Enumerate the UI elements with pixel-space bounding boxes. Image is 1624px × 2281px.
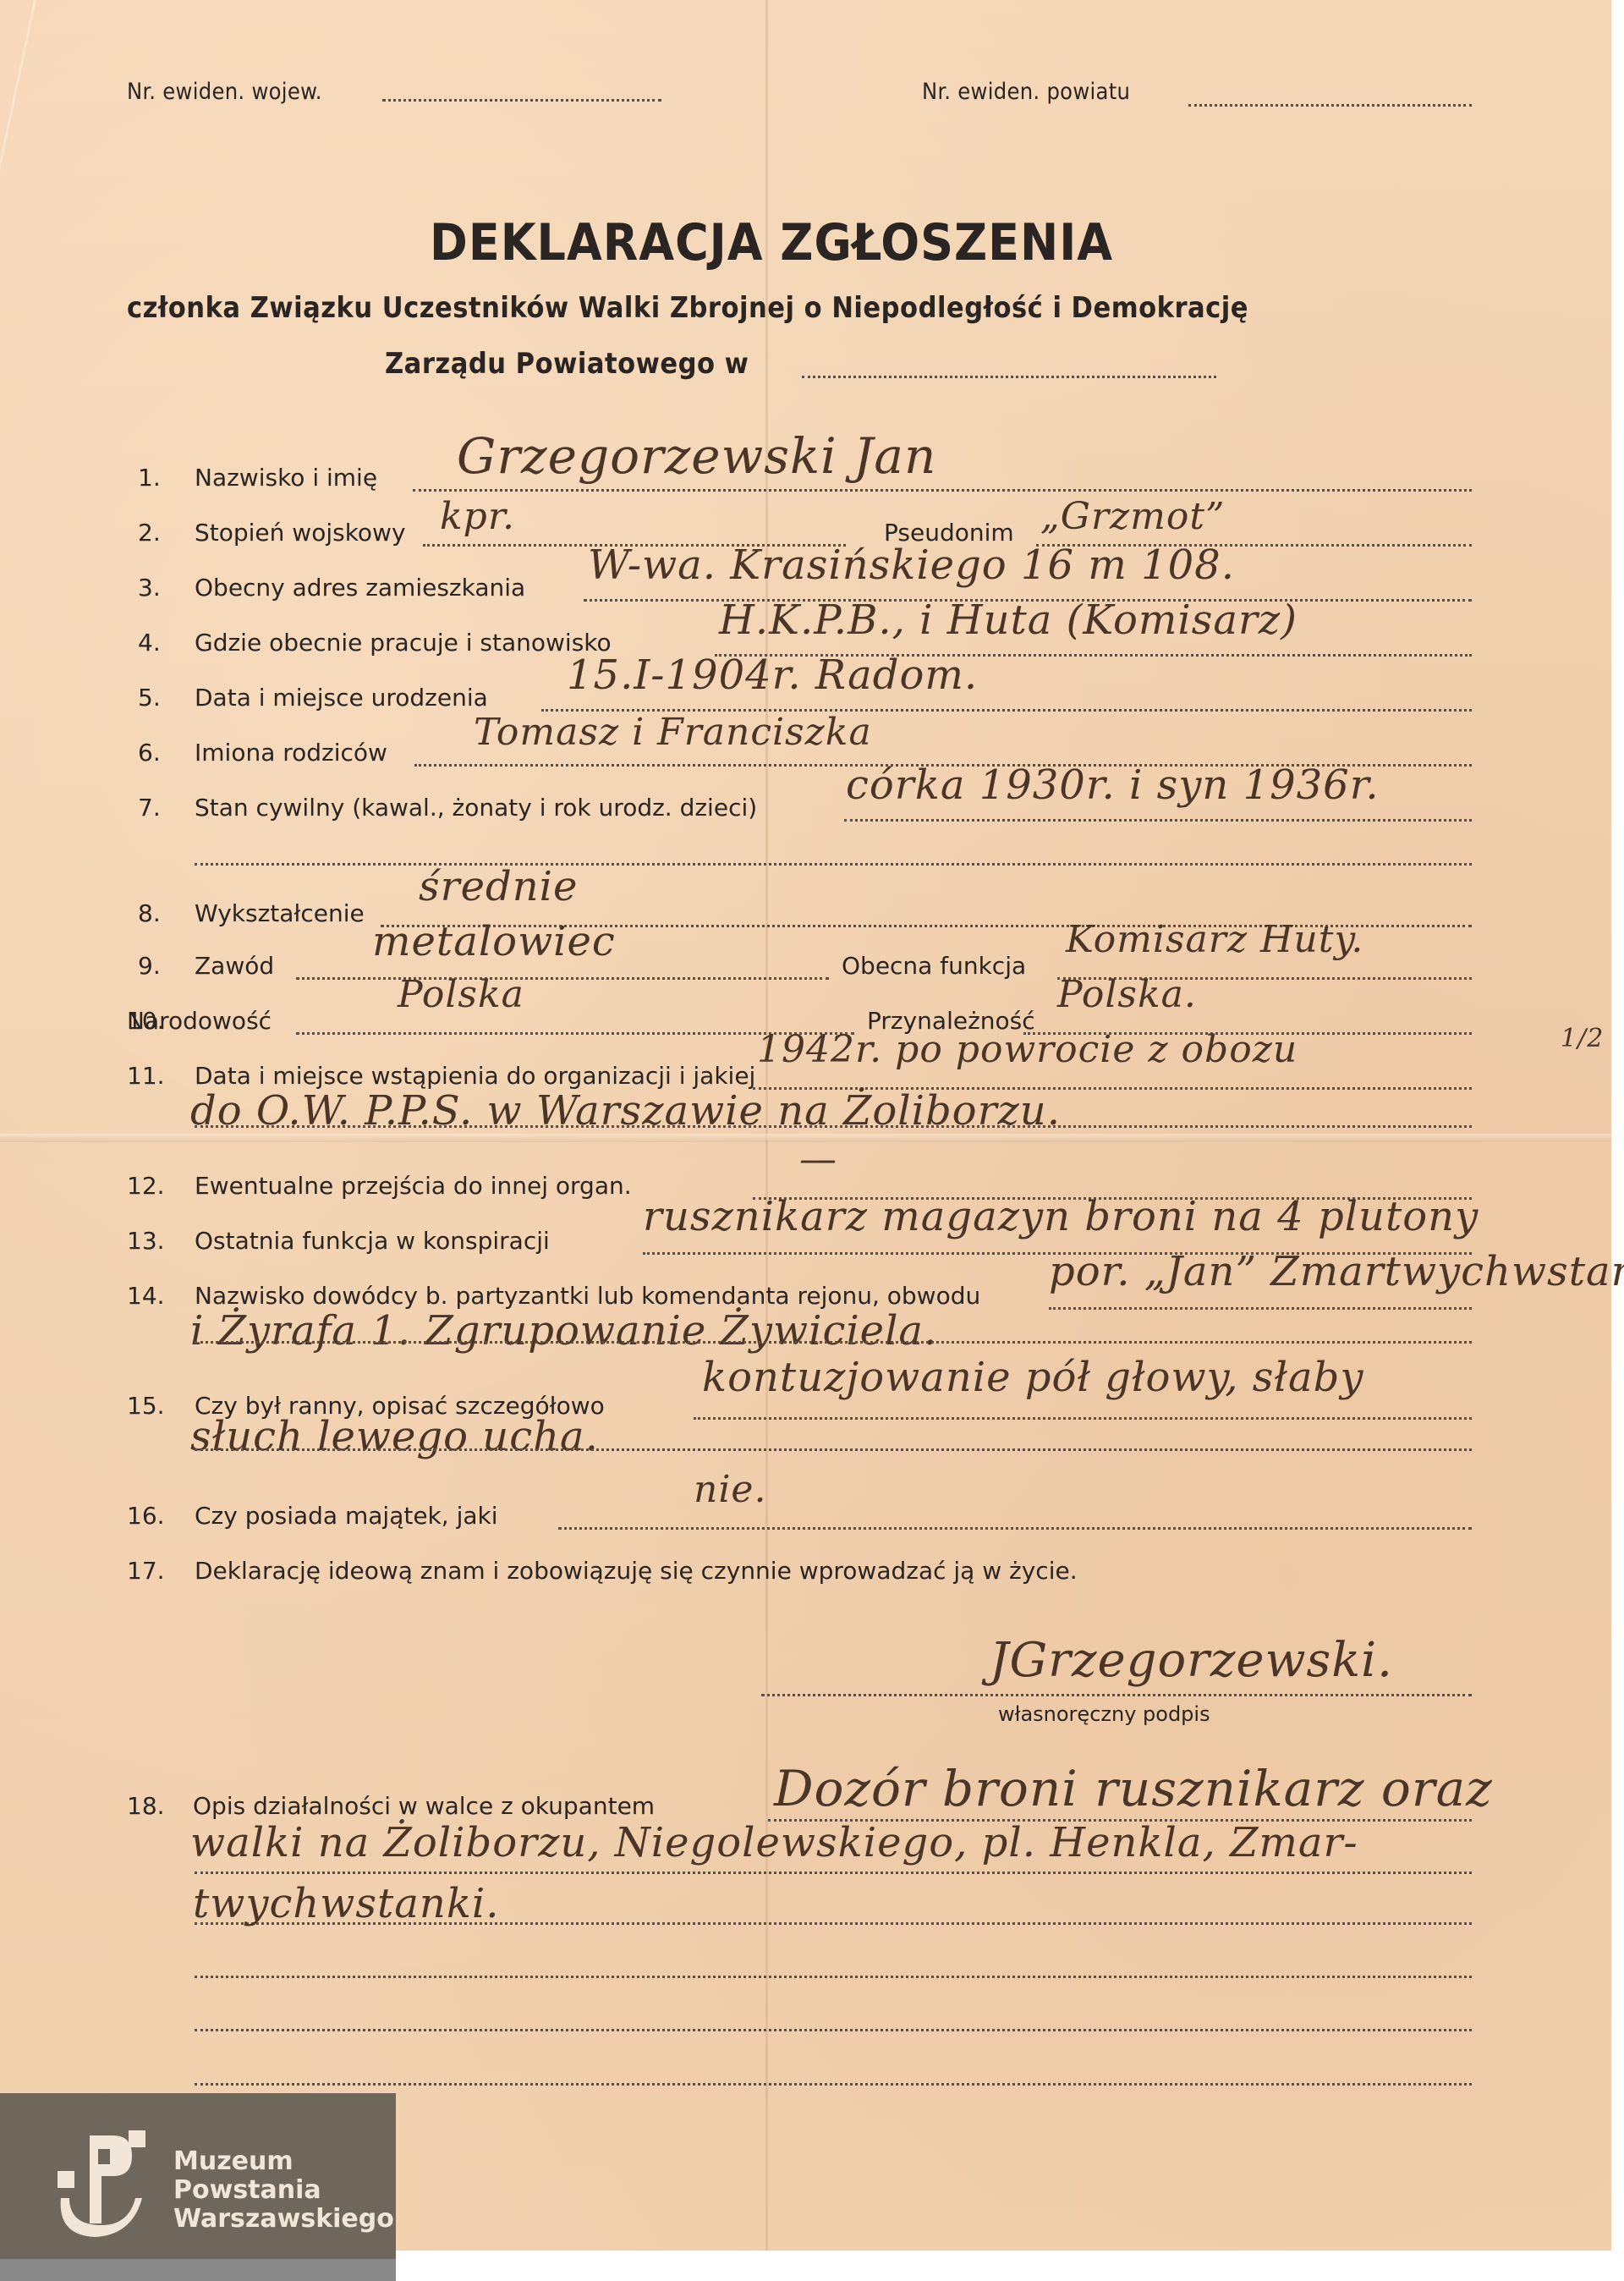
field-value: kontuzjowanie pół głowy, słaby <box>702 1354 1363 1401</box>
field-label: Data i miejsce urodzenia <box>195 684 488 712</box>
field-label: Zawód <box>195 952 274 980</box>
field-value: metalowiec <box>372 918 616 965</box>
field-value: por. „Jan” Zmartwychwstanek <box>1049 1248 1624 1295</box>
field-value: rusznikarz magazyn broni na 4 plutony <box>643 1193 1479 1240</box>
field-number: 3. <box>138 574 161 602</box>
field-number: 2. <box>138 519 161 547</box>
field-line <box>694 1417 1472 1420</box>
field-value: W-wa. Krasińskiego 16 m 108. <box>588 541 1235 589</box>
field-number: 17. <box>127 1557 165 1585</box>
field-line-continued <box>195 1341 1472 1344</box>
signature: JGrzegorzewski. <box>990 1633 1393 1688</box>
activity-line-6 <box>195 2083 1472 2086</box>
field-number: 14. <box>127 1282 165 1310</box>
field-sub-value: Komisarz Huty. <box>1066 918 1363 961</box>
signature-line <box>761 1694 1472 1696</box>
field-label: Wykształcenie <box>195 899 365 927</box>
field-value: Grzegorzewski Jan <box>457 427 936 485</box>
field-value: Polska <box>398 973 524 1016</box>
field-label: Data i miejsce wstąpienia do organizacji… <box>195 1062 755 1090</box>
field-line <box>1049 1307 1472 1310</box>
field-line <box>844 819 1472 822</box>
activity-text-2: walki na Żoliborzu, Niegolewskiego, pl. … <box>190 1819 1358 1866</box>
field-sub-value: Polska. <box>1057 973 1197 1016</box>
field-number: 15. <box>127 1392 165 1420</box>
field-number: 5. <box>138 684 161 712</box>
field-value: córka 1930r. i syn 1936r. <box>846 761 1380 809</box>
activity-line-4 <box>195 1976 1472 1978</box>
field-value: H.K.P.B., i Huta (Komisarz) <box>719 596 1298 644</box>
nr-wojew-field <box>382 99 661 102</box>
field-value-continued: słuch lewego ucha. <box>190 1413 599 1460</box>
field-extra-line <box>195 863 1472 866</box>
field-number: 4. <box>138 629 161 657</box>
field-value: 1942r. po powrocie z obozu <box>757 1028 1298 1071</box>
field-number: 9. <box>138 952 161 980</box>
museum-name: Muzeum Powstania Warszawskiego <box>173 2147 394 2234</box>
nr-wojew-label: Nr. ewiden. wojew. <box>127 79 322 105</box>
nr-powiatu-field <box>1188 104 1472 107</box>
field-label: Stan cywilny (kawal., żonaty i rok urodz… <box>195 794 757 822</box>
field-value: 15.I-1904r. Radom. <box>567 651 978 699</box>
field-number: 13. <box>127 1227 165 1255</box>
field-number: 8. <box>138 899 161 927</box>
activity-num: 18. <box>127 1792 165 1820</box>
museum-name-line-1: Muzeum <box>173 2147 394 2176</box>
museum-name-line-2: Powstania <box>173 2176 394 2205</box>
field-value: nie. <box>694 1468 766 1511</box>
margin-note: 1/2 <box>1561 1024 1604 1053</box>
field-label: Ewentualne przejścia do innej organ. <box>195 1172 632 1200</box>
field-label: Narodowość <box>127 1007 272 1035</box>
field-label: Imiona rodziców <box>195 739 387 767</box>
field-number: 6. <box>138 739 161 767</box>
nr-powiatu-label: Nr. ewiden. powiatu <box>922 79 1130 105</box>
field-label: Deklarację ideową znam i zobowiązuję się… <box>195 1557 1078 1585</box>
field-value-continued: i Żyrafa 1. Zgrupowanie Żywiciela. <box>190 1307 937 1355</box>
museum-name-line-3: Warszawskiego <box>173 2205 394 2234</box>
field-number: 1. <box>138 464 161 492</box>
field-value: Tomasz i Franciszka <box>474 711 872 754</box>
field-number: 11. <box>127 1062 165 1090</box>
field-line <box>558 1527 1472 1530</box>
field-label: Ostatnia funkcja w konspiracji <box>195 1227 550 1255</box>
field-value: średnie <box>419 863 578 910</box>
document-title: DEKLARACJA ZGŁOSZENIA <box>430 213 1113 272</box>
document-subtitle: członka Związku Uczestników Walki Zbrojn… <box>127 291 1248 325</box>
field-label: Gdzie obecnie pracuje i stanowisko <box>195 629 612 657</box>
field-line <box>413 489 1472 492</box>
activity-text-1: Dozór broni rusznikarz oraz <box>774 1760 1493 1817</box>
field-value: kpr. <box>440 495 515 538</box>
field-number: 16. <box>127 1502 165 1530</box>
field-label: Stopień wojskowy <box>195 519 406 547</box>
field-label: Nazwisko i imię <box>195 464 377 492</box>
activity-line-5 <box>195 2029 1472 2031</box>
zarzad-field <box>802 376 1216 378</box>
field-line-continued <box>195 1448 1472 1451</box>
activity-label: Opis działalności w walce z okupantem <box>193 1792 655 1820</box>
signature-label: własnoręczny podpis <box>998 1702 1210 1726</box>
field-number: 7. <box>138 794 161 822</box>
activity-text-3: twychwstanki. <box>193 1880 500 1927</box>
field-sub-value: „Grzmot” <box>1040 495 1226 538</box>
activity-line-2 <box>195 1872 1472 1874</box>
field-label: Czy posiada majątek, jaki <box>195 1502 498 1530</box>
zarzad-label: Zarządu Powiatowego w <box>385 347 749 381</box>
field-line-continued <box>195 1125 1472 1128</box>
field-line <box>296 977 829 980</box>
watermark-bottom-bar <box>0 2259 396 2281</box>
field-label: Obecny adres zamieszkania <box>195 574 525 602</box>
field-number: 12. <box>127 1172 165 1200</box>
field-sub-label: Obecna funkcja <box>842 952 1026 980</box>
field-label: Nazwisko dowódcy b. partyzantki lub kome… <box>195 1282 980 1310</box>
kotwica-anchor-icon <box>54 2130 156 2240</box>
field-value: — <box>799 1138 837 1181</box>
